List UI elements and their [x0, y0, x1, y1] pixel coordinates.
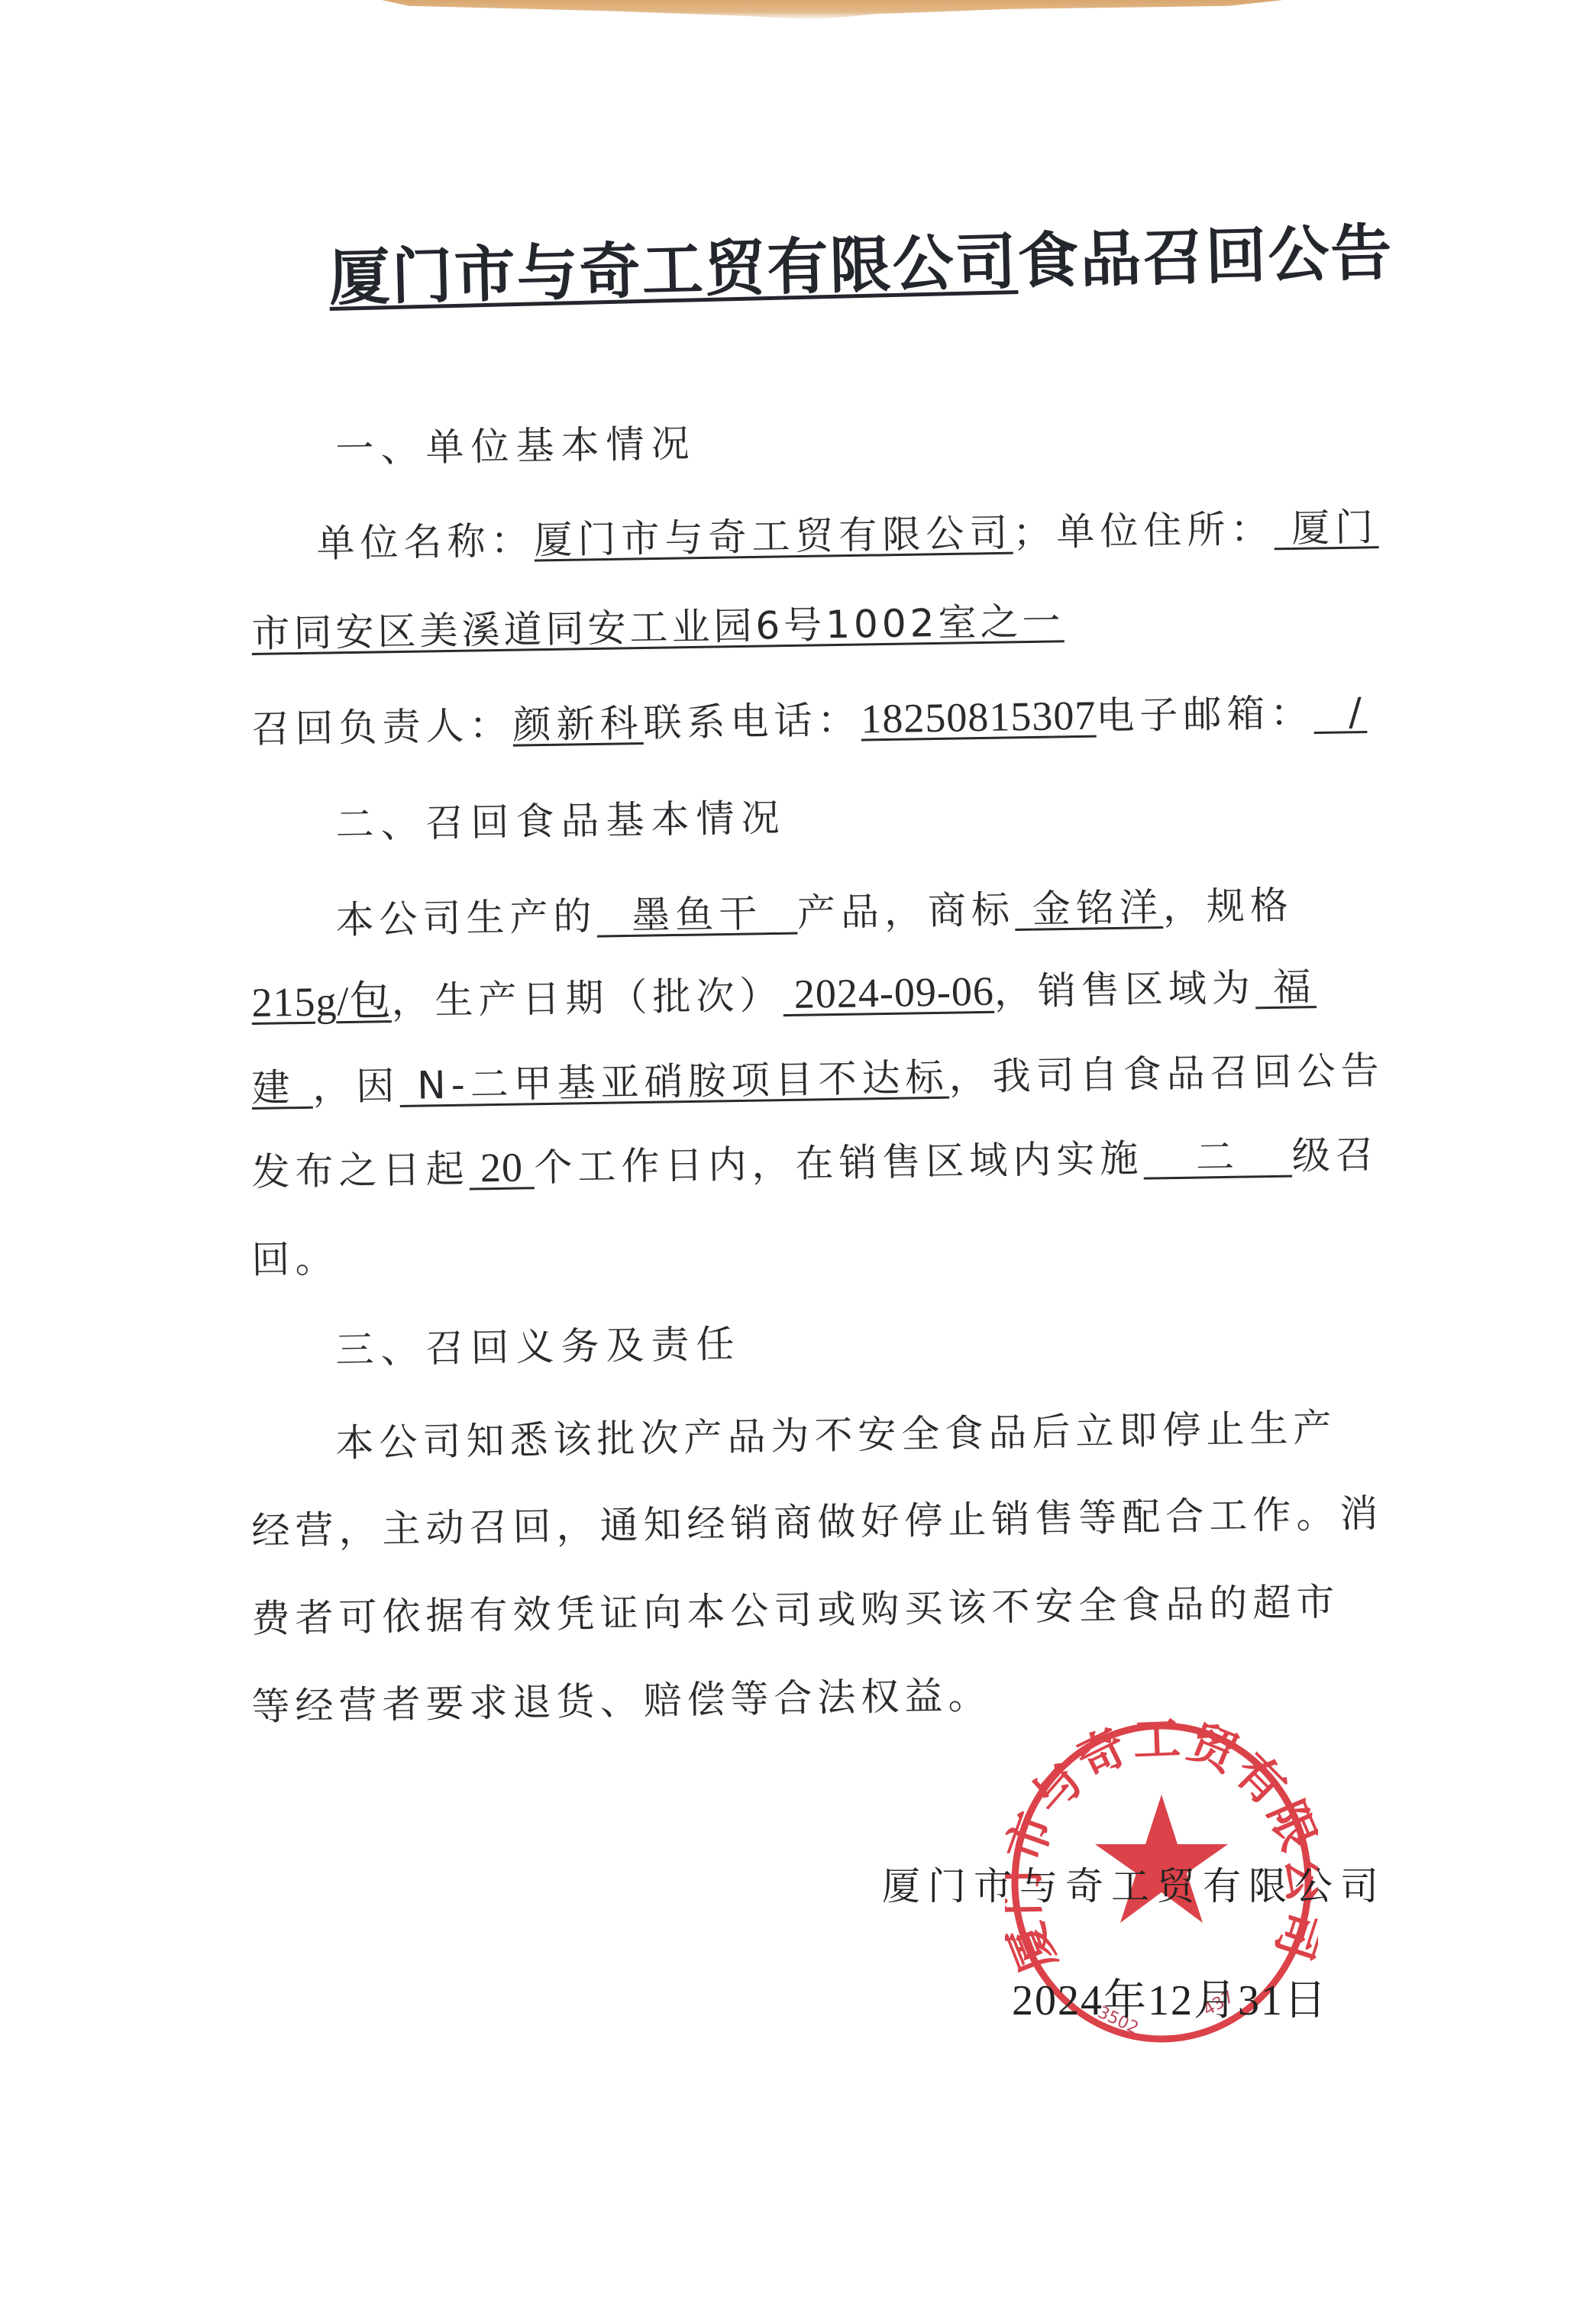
recall-days: 20 — [469, 1144, 535, 1191]
product-line2: 215g/包，生产日期（批次） 2024-09-06，销售区域为 福 — [251, 953, 1317, 1029]
address-value-part1: 厦门 — [1274, 505, 1379, 551]
text: ，生产日期（批次） — [391, 973, 783, 1023]
product-line4: 发布之日起 20 个工作日内，在销售区域内实施 二 级召 — [251, 1124, 1379, 1197]
product-name: 墨鱼干 — [596, 891, 797, 939]
signature-company: 厦门市与奇工贸有限公司 — [882, 1856, 1386, 1911]
contact-label: 召回负责人： — [251, 703, 513, 751]
phone-label: 联系电话： — [643, 697, 861, 745]
section2-heading: 二、召回食品基本情况 — [335, 787, 787, 849]
sales-region-part1: 福 — [1255, 964, 1317, 1010]
product-line3: 建 ，因 N-二甲基亚硝胺项目不达标，我司自食品召回公告 — [251, 1040, 1384, 1113]
sales-region-part2: 建 — [251, 1065, 313, 1110]
text: 产品，商标 — [797, 887, 1016, 935]
separator: ； — [1013, 510, 1057, 555]
responsibility-line4: 等经营者要求退货、赔偿等合法权益。 — [251, 1665, 992, 1731]
signature-date: 2024年12月31日 — [1012, 1966, 1328, 2028]
email-value: / — [1313, 690, 1368, 735]
address-line2: 市同安区美溪道同安工业园6号1002室之一 — [251, 590, 1065, 658]
phone-value: 18250815307 — [861, 693, 1097, 742]
contact-line: 召回负责人：颜新科联系电话：18250815307电子邮箱： / — [251, 681, 1368, 754]
product-line5: 回。 — [251, 1228, 339, 1284]
production-batch: 2024-09-06 — [783, 968, 994, 1017]
contact-value: 颜新科 — [512, 701, 644, 748]
unit-name-label: 单位名称： — [316, 519, 535, 566]
title-suffix: 食品召回公告 — [1016, 217, 1394, 297]
address-label: 单位住所： — [1056, 506, 1275, 554]
text: ，规格 — [1162, 883, 1294, 929]
text: ，因 — [312, 1064, 400, 1110]
text: ，我司自食品召回公告 — [948, 1048, 1384, 1100]
text: 本公司生产的 — [335, 894, 597, 942]
recall-notice-document: 厦门市与奇工贸有限公司食品召回公告 一、单位基本情况 单位名称：厦门市与奇工贸有… — [0, 0, 1596, 2307]
responsibility-line1: 本公司知悉该批次产品为不安全食品后立即停止生产 — [335, 1397, 1337, 1468]
brand-name: 金铭洋 — [1015, 885, 1164, 932]
product-spec: 215g/包 — [251, 977, 392, 1026]
product-line1: 本公司生产的 墨鱼干 产品，商标 金铭洋，规格 — [335, 874, 1294, 945]
email-label: 电子邮箱： — [1096, 690, 1314, 738]
text: 级召 — [1291, 1132, 1379, 1178]
responsibility-line3: 费者可依据有效凭证向本公司或购买该不安全食品的超市 — [251, 1572, 1340, 1643]
recall-reason: N-二甲基亚硝胺项目不达标 — [399, 1055, 949, 1108]
text: ，销售区域为 — [993, 965, 1255, 1013]
title-company: 厦门市与奇工贸有限公司 — [328, 226, 1019, 314]
responsibility-line2: 经营，主动召回，通知经销商做好停止销售等配合工作。消 — [251, 1483, 1384, 1556]
section1-heading: 一、单位基本情况 — [335, 413, 696, 473]
section3-heading: 三、召回义务及责任 — [335, 1313, 741, 1375]
unit-name-line: 单位名称：厦门市与奇工贸有限公司；单位住所： 厦门 — [316, 496, 1379, 568]
text: 发布之日起 — [251, 1147, 470, 1194]
text: 个工作日内，在销售区域内实施 — [534, 1136, 1144, 1191]
address-value-part2: 市同安区美溪道同安工业园6号1002室之一 — [251, 599, 1065, 656]
unit-name-value: 厦门市与奇工贸有限公司 — [534, 511, 1013, 563]
recall-level: 二 — [1143, 1134, 1292, 1181]
page-title: 厦门市与奇工贸有限公司食品召回公告 — [328, 203, 1394, 317]
